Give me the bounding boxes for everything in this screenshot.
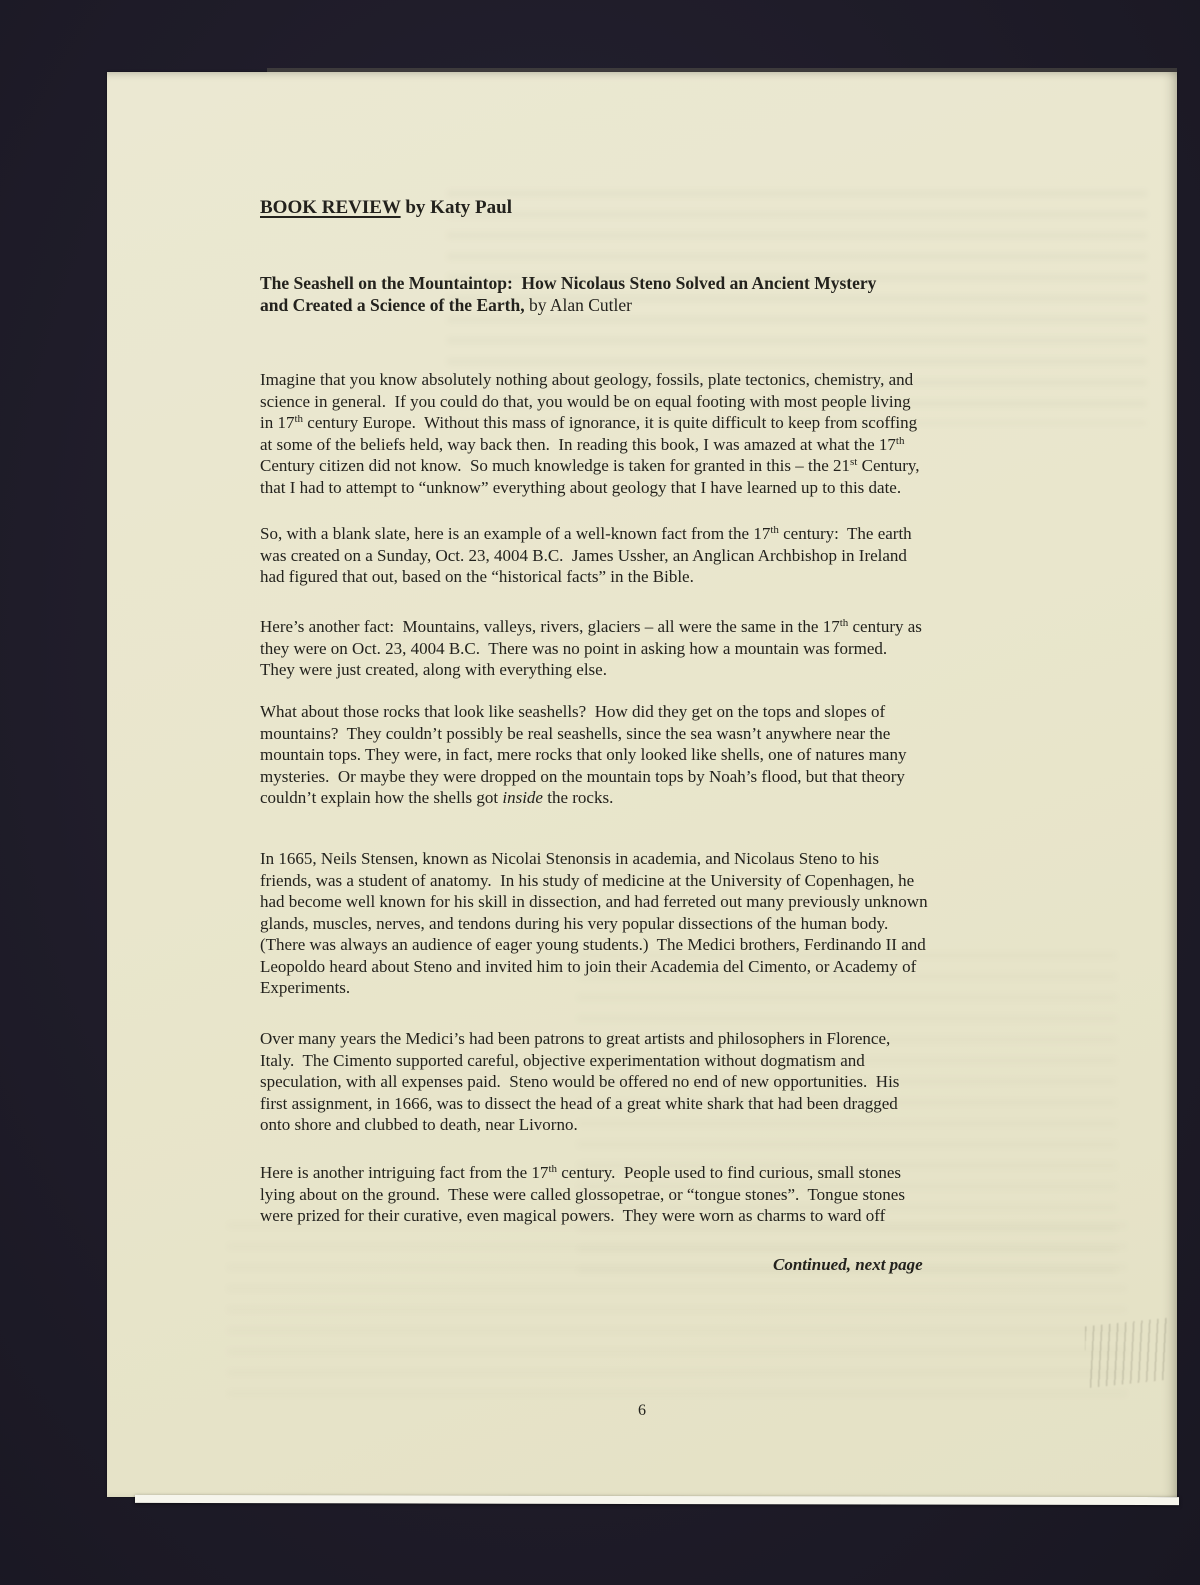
paragraph-4: What about those rocks that look like se… (260, 701, 906, 809)
continued-note: Continued, next page (773, 1255, 923, 1275)
underlying-page-edge (135, 1495, 1179, 1505)
header-title: BOOK REVIEW (260, 197, 401, 218)
section-header: BOOK REVIEW by Katy Paul (260, 197, 512, 219)
book-author: by Alan Cutler (525, 295, 632, 315)
book-title: The Seashell on the Mountaintop: How Nic… (260, 273, 876, 316)
paragraph-6: Over many years the Medici’s had been pa… (260, 1028, 899, 1136)
bleed-through-smudge (227, 1222, 1127, 1402)
pencil-marks (1085, 1318, 1169, 1389)
scan-background: BOOK REVIEW by Katy Paul The Seashell on… (0, 0, 1200, 1585)
paragraph-5: In 1665, Neils Stensen, known as Nicolai… (260, 848, 928, 999)
page-number: 6 (107, 1402, 1177, 1420)
header-byline: by Katy Paul (401, 197, 512, 218)
paragraph-2: So, with a blank slate, here is an examp… (260, 523, 912, 588)
paragraph-3: Here’s another fact: Mountains, valleys,… (260, 616, 922, 681)
document-page: BOOK REVIEW by Katy Paul The Seashell on… (107, 72, 1177, 1497)
page-top-edge (267, 68, 1177, 72)
paragraph-7: Here is another intriguing fact from the… (260, 1162, 905, 1227)
paragraph-1: Imagine that you know absolutely nothing… (260, 369, 920, 498)
